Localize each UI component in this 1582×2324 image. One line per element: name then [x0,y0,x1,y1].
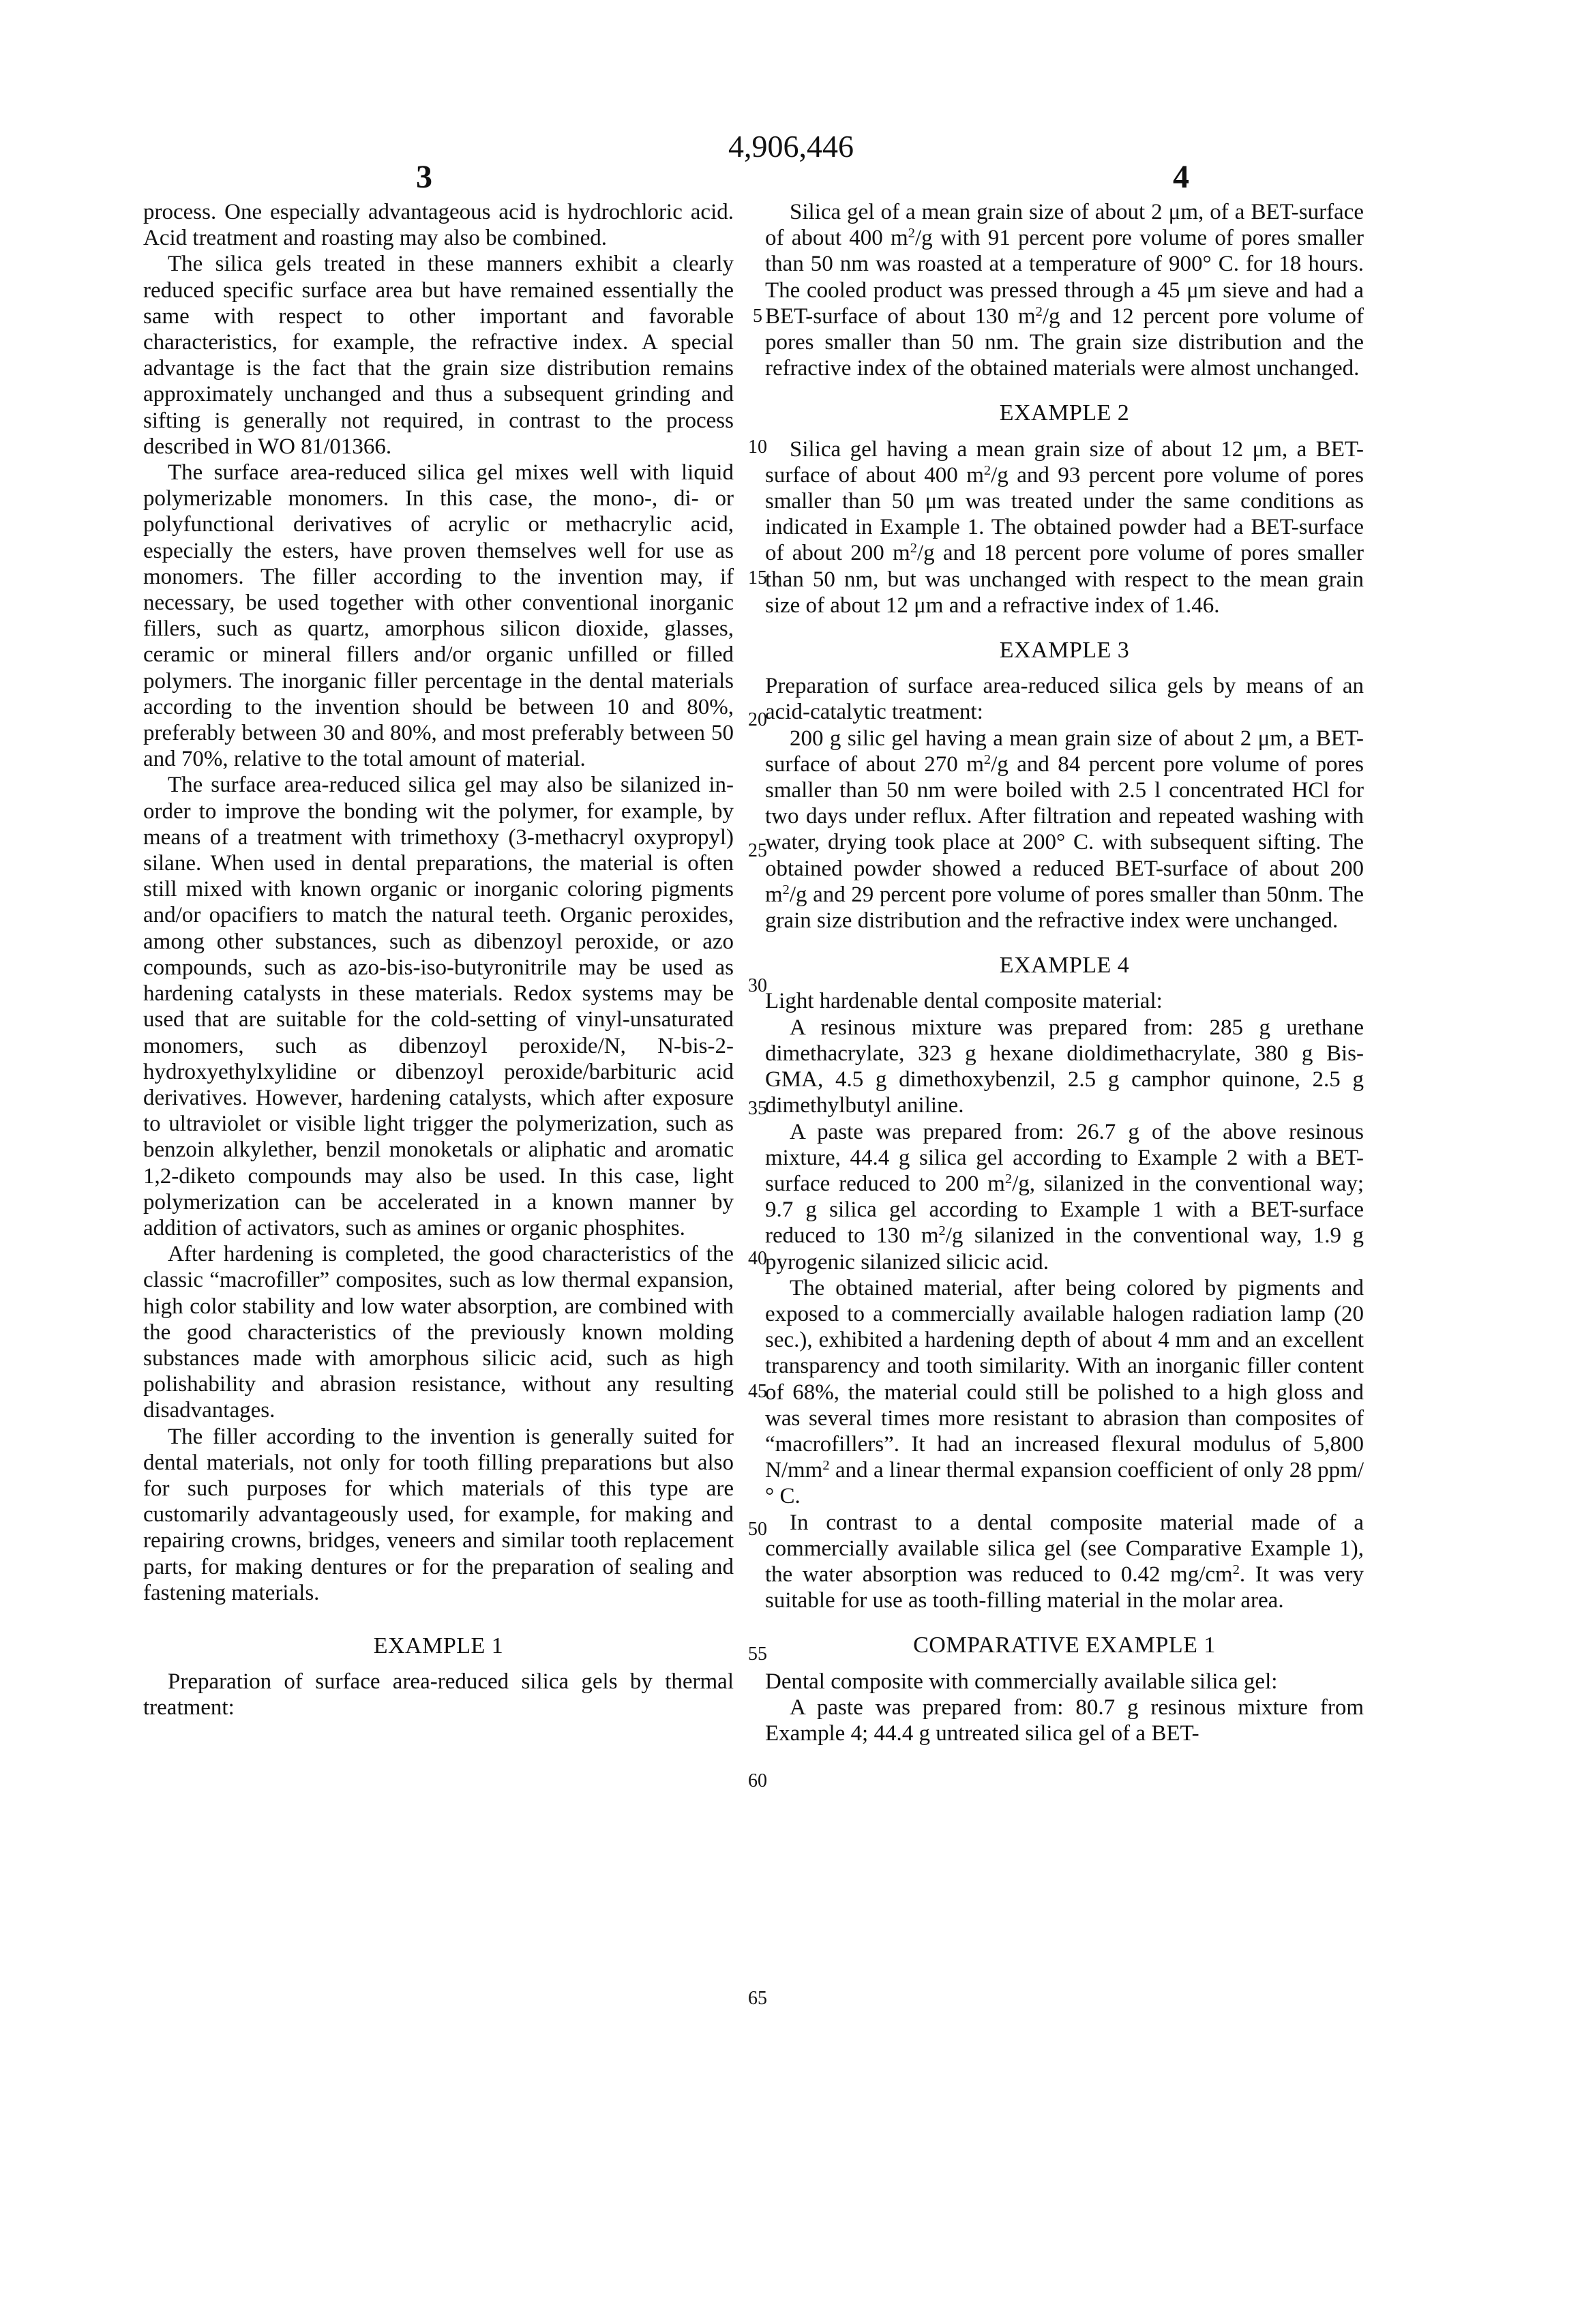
example-4-resin-paragraph: A resinous mixture was prepared from: 28… [765,1015,1364,1119]
example-1-body: Silica gel of a mean grain size of about… [765,199,1364,381]
paragraph: The surface area-reduced silica gel mixe… [143,460,734,772]
comparative-example-1-intro: Dental composite with commercially avail… [765,1669,1364,1695]
paragraph: The surface area-reduced silica gel may … [143,772,734,1241]
right-column: Silica gel of a mean grain size of about… [765,199,1364,1746]
example-2-body: Silica gel having a mean grain size of a… [765,436,1364,619]
patent-number: 4,906,446 [0,128,1582,164]
paragraph: The silica gels treated in these manners… [143,251,734,460]
example-4-contrast-paragraph: In contrast to a dental composite materi… [765,1510,1364,1614]
comparative-example-1-heading: COMPARATIVE EXAMPLE 1 [765,1633,1364,1658]
example-1-intro: Preparation of surface area-reduced sili… [143,1669,734,1720]
example-4-results-paragraph: The obtained material, after being color… [765,1275,1364,1510]
example-3-body: 200 g silic gel having a mean grain size… [765,726,1364,934]
line-number: 65 [743,1988,773,2010]
example-4-paste-paragraph: A paste was prepared from: 26.7 g of the… [765,1119,1364,1275]
example-2-heading: EXAMPLE 2 [765,400,1364,426]
paragraph: process. One especially advantageous aci… [143,199,734,251]
example-3-intro: Preparation of surface area-reduced sili… [765,673,1364,725]
left-column-number: 3 [416,158,432,196]
paragraph: After hardening is completed, the good c… [143,1241,734,1423]
left-column: process. One especially advantageous aci… [143,199,734,1721]
paragraph: The filler according to the invention is… [143,1424,734,1606]
line-number: 60 [743,1770,773,1792]
example-3-heading: EXAMPLE 3 [765,638,1364,664]
right-column-number: 4 [1173,158,1189,196]
comparative-example-1-body: A paste was prepared from: 80.7 g resino… [765,1695,1364,1746]
example-4-heading: EXAMPLE 4 [765,953,1364,979]
example-4-intro: Light hardenable dental composite materi… [765,988,1364,1014]
example-1-heading: EXAMPLE 1 [143,1633,734,1659]
